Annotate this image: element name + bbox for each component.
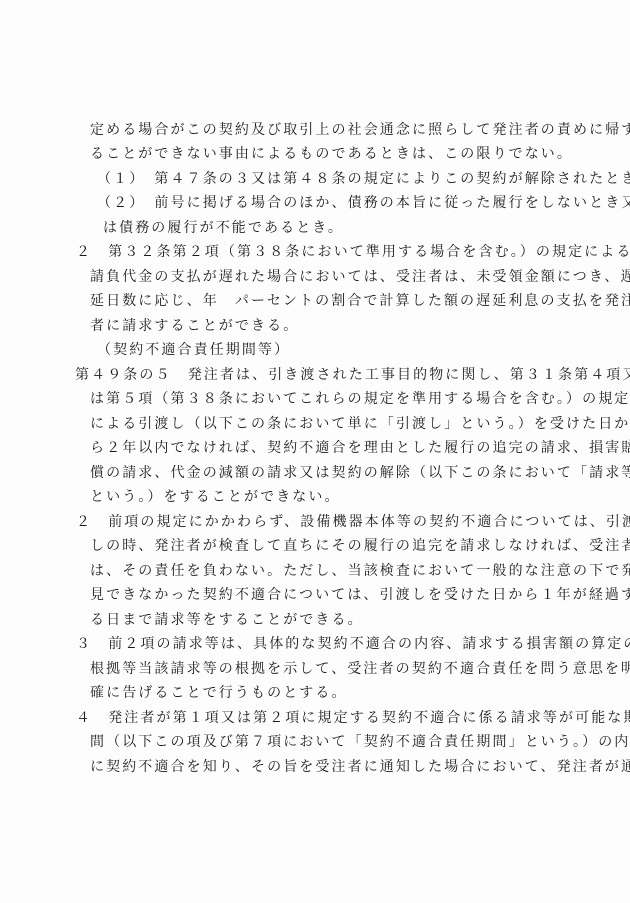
sub-item-2: （２） 前号に掲げる場合のほか、債務の本旨に従った履行をしないとき又 bbox=[97, 194, 630, 212]
text-line: しの時、発注者が検査して直ちにその履行の追完を請求しなければ、受注者 bbox=[90, 537, 630, 555]
text-line: 確に告げることで行うものとする。 bbox=[90, 684, 348, 702]
text-line: 見できなかった契約不適合については、引渡しを受けた日から１年が経過す bbox=[90, 586, 630, 604]
text-line: は第５項（第３８条においてこれらの規定を準用する場合を含む。）の規定 bbox=[90, 390, 630, 408]
text-line: という。）をすることができない。 bbox=[90, 488, 341, 506]
text-line: による引渡し（以下この条において単に「引渡し」という。）を受けた日か bbox=[90, 415, 630, 433]
paragraph-4: ４ 発注者が第１項又は第２項に規定する契約不適合に係る請求等が可能な期 bbox=[76, 709, 630, 727]
text-line: 償の請求、代金の減額の請求又は契約の解除（以下この条において「請求等」 bbox=[90, 464, 630, 482]
article-caption: （契約不適合責任期間等） bbox=[97, 341, 290, 359]
text-line: は債務の履行が不能であるとき。 bbox=[103, 219, 344, 237]
paragraph-2: ２ 前項の規定にかかわらず、設備機器本体等の契約不適合については、引渡 bbox=[76, 513, 630, 531]
text-line: 根拠等当該請求等の根拠を示して、受注者の契約不適合責任を問う意思を明 bbox=[90, 660, 630, 678]
article-heading: 第４９条の５ 発注者は、引き渡された工事目的物に関し、第３１条第４項又 bbox=[75, 366, 630, 384]
text-line: 間（以下この項及び第７項において「契約不適合責任期間」という。）の内 bbox=[90, 733, 630, 751]
text-line: 定める場合がこの契約及び取引上の社会通念に照らして発注者の責めに帰す bbox=[90, 121, 630, 139]
text-line: 延日数に応じ、年 パーセントの割合で計算した額の遅延利息の支払を発注 bbox=[90, 292, 630, 310]
text-line: る日まで請求等をすることができる。 bbox=[90, 611, 364, 629]
text-line: に契約不適合を知り、その旨を受注者に通知した場合において、発注者が通 bbox=[90, 758, 630, 776]
text-line: ら２年以内でなければ、契約不適合を理由とした履行の追完の請求、損害賠 bbox=[90, 439, 630, 457]
text-line: 請負代金の支払が遅れた場合においては、受注者は、未受領金額につき、遅 bbox=[90, 268, 630, 286]
sub-item-1: （１） 第４７条の３又は第４８条の規定によりこの契約が解除されたとき。 bbox=[97, 170, 630, 188]
paragraph-2: ２ 第３２条第２項（第３８条において準用する場合を含む。）の規定による bbox=[76, 243, 630, 261]
paragraph-3: ３ 前２項の請求等は、具体的な契約不適合の内容、請求する損害額の算定の bbox=[76, 635, 630, 653]
text-line: 者に請求することができる。 bbox=[90, 317, 299, 335]
text-line: は、その責任を負わない。ただし、当該検査において一般的な注意の下で発 bbox=[90, 562, 630, 580]
text-line: ることができない事由によるものであるときは、この限りでない。 bbox=[90, 145, 573, 163]
document-page: 定める場合がこの契約及び取引上の社会通念に照らして発注者の責めに帰す ることがで… bbox=[0, 0, 630, 903]
